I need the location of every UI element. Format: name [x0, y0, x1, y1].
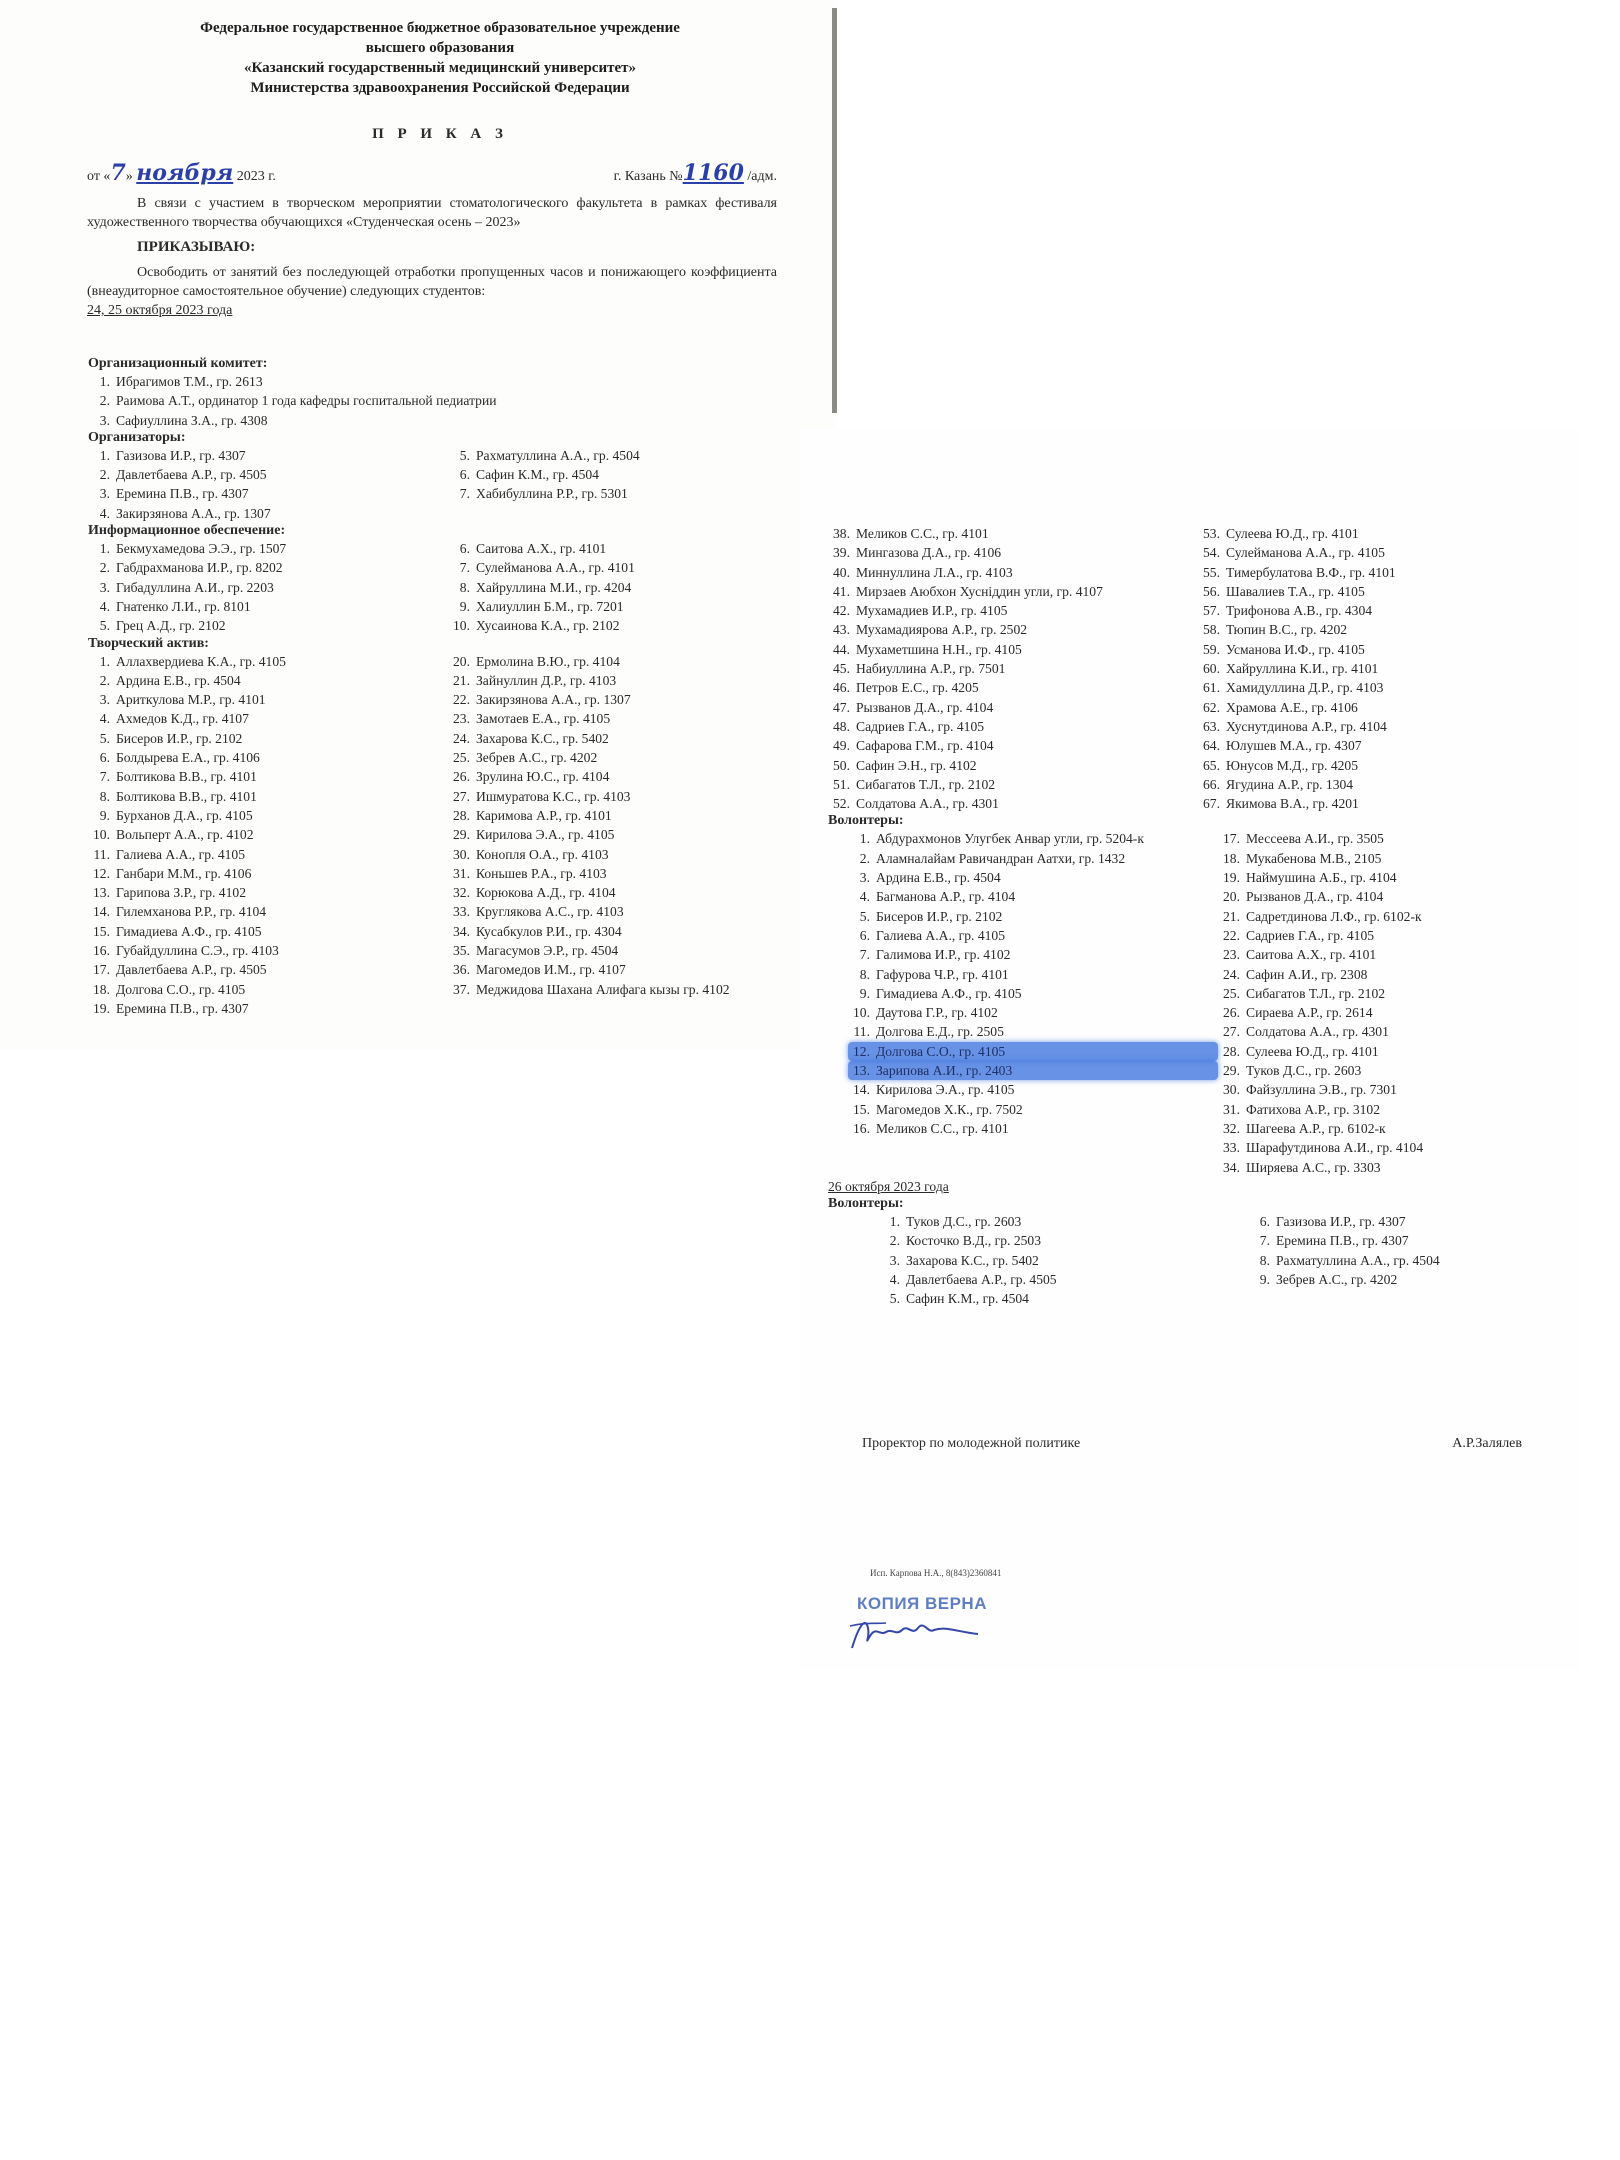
item-number: 7.	[448, 558, 470, 577]
list-column: 53.Сулеева Ю.Д., гр. 410154.Сулейманова …	[1198, 524, 1528, 813]
list-item: 17.Давлетбаева А.Р., гр. 4505	[88, 960, 448, 979]
item-number: 27.	[1218, 1022, 1240, 1041]
order-number: г. Казань №1160 /адм.	[614, 160, 777, 186]
list-item: 44.Мухаметшина Н.Н., гр. 4105	[828, 640, 1198, 659]
list-item: 6.Болдырева Е.А., гр. 4106	[88, 748, 448, 767]
list-item: 21.Садретдинова Л.Ф., гр. 6102-к	[1218, 907, 1548, 926]
volunteers-columns: 1.Абдурахмонов Улугбек Анвар угли, гр. 5…	[828, 829, 1548, 1176]
item-text: Гнатенко Л.И., гр. 8101	[116, 599, 251, 614]
order-title: П Р И К А З	[90, 126, 790, 143]
item-text: Захарова К.С., гр. 5402	[476, 731, 609, 746]
item-number: 2.	[88, 671, 110, 690]
item-number: 58.	[1198, 620, 1220, 639]
item-text: Рызванов Д.А., гр. 4104	[1246, 889, 1383, 904]
item-number: 9.	[1248, 1270, 1270, 1289]
list-item: 10.Даутова Г.Р., гр. 4102	[848, 1003, 1218, 1022]
section-title-org-committee: Организационный комитет:	[88, 356, 788, 372]
list-item: 31.Фатихова А.Р., гр. 3102	[1218, 1100, 1548, 1119]
list-item: 40.Миннуллина Л.А., гр. 4103	[828, 563, 1198, 582]
item-text: Рызванов Д.А., гр. 4104	[856, 700, 993, 715]
item-text: Давлетбаева А.Р., гр. 4505	[116, 467, 267, 482]
list-item: 30.Конопля О.А., гр. 4103	[448, 845, 758, 864]
item-text: Сулеева Ю.Д., гр. 4101	[1226, 526, 1359, 541]
list-item: 46.Петров Е.С., гр. 4205	[828, 678, 1198, 697]
item-number: 9.	[448, 597, 470, 616]
list-item: 28.Сулеева Ю.Д., гр. 4101	[1218, 1042, 1548, 1061]
item-text: Меджидова Шахана Алифага кызы гр. 4102	[476, 982, 730, 997]
item-number: 15.	[88, 922, 110, 941]
list-item: 43.Мухамадиярова А.Р., гр. 2502	[828, 620, 1198, 639]
item-text: Давлетбаева А.Р., гр. 4505	[116, 962, 267, 977]
item-text: Газизова И.Р., гр. 4307	[116, 448, 246, 463]
list-item: 3.Сафиуллина З.А., гр. 4308	[88, 411, 778, 430]
item-text: Ермолина В.Ю., гр. 4104	[476, 654, 620, 669]
item-number: 1.	[88, 539, 110, 558]
item-number: 56.	[1198, 582, 1220, 601]
list-item: 66.Ягудина А.Р., гр. 1304	[1198, 775, 1528, 794]
item-number: 4.	[88, 709, 110, 728]
executor-note: Исп. Карпова Н.А., 8(843)2360841	[870, 1568, 1001, 1578]
list-item: 10.Хусаинова К.А., гр. 2102	[448, 616, 778, 635]
item-text: Саитова А.Х., гр. 4101	[1246, 947, 1376, 962]
item-text: Еремина П.В., гр. 4307	[116, 1001, 249, 1016]
list-item: 4.Давлетбаева А.Р., гр. 4505	[878, 1270, 1248, 1289]
list-item: 1.Абдурахмонов Улугбек Анвар угли, гр. 5…	[848, 829, 1218, 848]
item-text: Закирзянова А.А., гр. 1307	[476, 692, 631, 707]
info-columns: 1.Бекмухамедова Э.Э., гр. 15072.Габдрахм…	[88, 539, 788, 635]
item-number: 63.	[1198, 717, 1220, 736]
item-number: 4.	[848, 887, 870, 906]
item-text: Сулейманова А.А., гр. 4101	[476, 560, 635, 575]
list-item: 29.Кирилова Э.А., гр. 4105	[448, 825, 758, 844]
list-item: 25.Сибагатов Т.Л., гр. 2102	[1218, 984, 1548, 1003]
item-number: 50.	[828, 756, 850, 775]
list-item: 11.Галиева А.А., гр. 4105	[88, 845, 448, 864]
list-item: 52.Солдатова А.А., гр. 4301	[828, 794, 1198, 813]
item-text: Сибагатов Т.Л., гр. 2102	[1246, 986, 1385, 1001]
list-item: 1.Туков Д.С., гр. 2603	[878, 1212, 1248, 1231]
item-text: Еремина П.В., гр. 4307	[116, 486, 249, 501]
date-prefix: от «	[87, 169, 110, 184]
list-column: 1.Аллахвердиева К.А., гр. 41052.Ардина Е…	[88, 652, 448, 1019]
item-text: Давлетбаева А.Р., гр. 4505	[906, 1272, 1057, 1287]
list-item: 15.Магомедов Х.К., гр. 7502	[848, 1100, 1218, 1119]
item-text: Ардина Е.В., гр. 4504	[116, 673, 241, 688]
item-number: 27.	[448, 787, 470, 806]
item-text: Кусабкулов Р.И., гр. 4304	[476, 924, 622, 939]
item-number: 5.	[88, 729, 110, 748]
item-text: Мухамадиев И.Р., гр. 4105	[856, 603, 1007, 618]
item-text: Абдурахмонов Улугбек Анвар угли, гр. 520…	[876, 831, 1144, 846]
item-number: 2.	[848, 849, 870, 868]
item-text: Петров Е.С., гр. 4205	[856, 680, 979, 695]
item-text: Круглякова А.С., гр. 4103	[476, 904, 624, 919]
item-text: Ариткулова М.Р., гр. 4101	[116, 692, 266, 707]
item-number: 37.	[448, 980, 470, 999]
item-text: Магасумов Э.Р., гр. 4504	[476, 943, 618, 958]
item-number: 3.	[88, 578, 110, 597]
item-text: Солдатова А.А., гр. 4301	[856, 796, 999, 811]
item-text: Зайнуллин Д.Р., гр. 4103	[476, 673, 616, 688]
page-edge	[832, 8, 837, 413]
item-number: 53.	[1198, 524, 1220, 543]
item-text: Усманова И.Ф., гр. 4105	[1226, 642, 1365, 657]
list-item: 18.Долгова С.О., гр. 4105	[88, 980, 448, 999]
item-text: Юлушев М.А., гр. 4307	[1226, 738, 1362, 753]
list-item: 20.Рызванов Д.А., гр. 4104	[1218, 887, 1548, 906]
list-item: 5.Бисеров И.Р., гр. 2102	[88, 729, 448, 748]
item-text: Набиуллина А.Р., гр. 7501	[856, 661, 1005, 676]
list-item: 35.Магасумов Э.Р., гр. 4504	[448, 941, 758, 960]
item-text: Грец А.Д., гр. 2102	[116, 618, 226, 633]
item-text: Садриев Г.А., гр. 4105	[1246, 928, 1374, 943]
item-text: Вольперт А.А., гр. 4102	[116, 827, 254, 842]
item-number: 43.	[828, 620, 850, 639]
list-column: 1.Бекмухамедова Э.Э., гр. 15072.Габдрахм…	[88, 539, 448, 635]
list-item: 14.Кирилова Э.А., гр. 4105	[848, 1080, 1218, 1099]
list-item: 2.Ардина Е.В., гр. 4504	[88, 671, 448, 690]
item-number: 1.	[88, 446, 110, 465]
item-number: 39.	[828, 543, 850, 562]
item-number: 29.	[1218, 1061, 1240, 1080]
number-suffix: /адм.	[744, 169, 777, 184]
list-item: 33.Шарафутдинова А.И., гр. 4104	[1218, 1138, 1548, 1157]
list-item: 34.Ширяева А.С., гр. 3303	[1218, 1158, 1548, 1177]
list-item: 24.Захарова К.С., гр. 5402	[448, 729, 758, 748]
item-number: 8.	[1248, 1251, 1270, 1270]
item-text: Мухаметшина Н.Н., гр. 4105	[856, 642, 1022, 657]
list-item: 63.Хуснутдинова А.Р., гр. 4104	[1198, 717, 1528, 736]
item-text: Сибагатов Т.Л., гр. 2102	[856, 777, 995, 792]
item-number: 32.	[448, 883, 470, 902]
item-text: Хайруллина К.И., гр. 4101	[1226, 661, 1378, 676]
item-number: 24.	[1218, 965, 1240, 984]
list-item: 4.Ахмедов К.Д., гр. 4107	[88, 709, 448, 728]
list-item: 56.Шавалиев Т.А., гр. 4105	[1198, 582, 1528, 601]
item-number: 9.	[848, 984, 870, 1003]
item-number: 20.	[448, 652, 470, 671]
item-text: Зебрев А.С., гр. 4202	[476, 750, 597, 765]
list-item: 57.Трифонова А.В., гр. 4304	[1198, 601, 1528, 620]
list-item: 61.Хамидуллина Д.Р., гр. 4103	[1198, 678, 1528, 697]
item-number: 34.	[448, 922, 470, 941]
item-number: 15.	[848, 1100, 870, 1119]
item-number: 3.	[88, 484, 110, 503]
item-text: Хуснутдинова А.Р., гр. 4104	[1226, 719, 1387, 734]
date-heading-24-25: 24, 25 октября 2023 года	[87, 301, 777, 320]
item-text: Хамидуллина Д.Р., гр. 4103	[1226, 680, 1383, 695]
item-text: Сулеева Ю.Д., гр. 4101	[1246, 1044, 1379, 1059]
item-number: 19.	[1218, 868, 1240, 887]
item-number: 38.	[828, 524, 850, 543]
item-number: 20.	[1218, 887, 1240, 906]
date-year: 2023 г.	[233, 169, 276, 184]
list-item: 50.Сафин Э.Н., гр. 4102	[828, 756, 1198, 775]
item-text: Губайдуллина С.Э., гр. 4103	[116, 943, 279, 958]
item-text: Шавалиев Т.А., гр. 4105	[1226, 584, 1365, 599]
list-item: 7.Сулейманова А.А., гр. 4101	[448, 558, 778, 577]
item-number: 26.	[448, 767, 470, 786]
item-number: 6.	[448, 465, 470, 484]
item-number: 31.	[1218, 1100, 1240, 1119]
list-item: 65.Юнусов М.Д., гр. 4205	[1198, 756, 1528, 775]
item-number: 23.	[448, 709, 470, 728]
item-number: 7.	[448, 484, 470, 503]
list-column: 6.Газизова И.Р., гр. 43077.Еремина П.В.,…	[1248, 1212, 1578, 1308]
item-text: Туков Д.С., гр. 2603	[1246, 1063, 1361, 1078]
item-text: Еремина П.В., гр. 4307	[1276, 1233, 1409, 1248]
order-intro: В связи с участием в творческом мероприя…	[87, 194, 777, 320]
list-item: 10.Вольперт А.А., гр. 4102	[88, 825, 448, 844]
item-number: 42.	[828, 601, 850, 620]
header-line-4: Министерства здравоохранения Российской …	[90, 78, 790, 98]
item-text: Корюкова А.Д., гр. 4104	[476, 885, 616, 900]
list-item: 2.Габдрахманова И.Р., гр. 8202	[88, 558, 448, 577]
item-number: 26.	[1218, 1003, 1240, 1022]
item-number: 33.	[448, 902, 470, 921]
copy-certified-stamp: КОПИЯ ВЕРНА	[857, 1594, 987, 1614]
item-number: 30.	[448, 845, 470, 864]
item-number: 29.	[448, 825, 470, 844]
list-item: 27.Ишмуратова К.С., гр. 4103	[448, 787, 758, 806]
item-number: 67.	[1198, 794, 1220, 813]
item-number: 22.	[1218, 926, 1240, 945]
list-item: 30.Файзуллина Э.В., гр. 7301	[1218, 1080, 1548, 1099]
list-item: 11.Долгова Е.Д., гр. 2505	[848, 1022, 1218, 1041]
item-text: Мессеева А.И., гр. 3505	[1246, 831, 1384, 846]
item-text: Гарипова З.Р., гр. 4102	[116, 885, 246, 900]
item-text: Аллахвердиева К.А., гр. 4105	[116, 654, 286, 669]
item-number: 3.	[878, 1251, 900, 1270]
item-text: Юнусов М.Д., гр. 4205	[1226, 758, 1358, 773]
item-text: Захарова К.С., гр. 5402	[906, 1253, 1039, 1268]
item-text: Долгова С.О., гр. 4105	[116, 982, 245, 997]
section-title-creative: Творческий актив:	[88, 636, 788, 652]
header-line-3: «Казанский государственный медицинский у…	[90, 58, 790, 78]
item-number: 21.	[448, 671, 470, 690]
volunteers-26-columns: 1.Туков Д.С., гр. 26032.Косточко В.Д., г…	[828, 1212, 1548, 1308]
list-item: 23.Замотаев Е.А., гр. 4105	[448, 709, 758, 728]
item-text: Наймушина А.Б., гр. 4104	[1246, 870, 1397, 885]
handwritten-signature-icon	[846, 1614, 986, 1654]
item-number: 2.	[88, 465, 110, 484]
signatory-position: Проректор по молодежной политике	[862, 1436, 1080, 1451]
item-number: 9.	[88, 806, 110, 825]
item-number: 18.	[1218, 849, 1240, 868]
item-text: Меликов С.С., гр. 4101	[856, 526, 989, 541]
date-heading-26: 26 октября 2023 года	[828, 1177, 1548, 1196]
list-item: 7.Еремина П.В., гр. 4307	[1248, 1231, 1578, 1250]
item-text: Галимова И.Р., гр. 4102	[876, 947, 1010, 962]
item-number: 4.	[878, 1270, 900, 1289]
list-item: 26.Зрулина Ю.С., гр. 4104	[448, 767, 758, 786]
item-number: 25.	[448, 748, 470, 767]
list-item: 41.Мирзаев Аюбхон Хуснiддин угли, гр. 41…	[828, 582, 1198, 601]
orders-heading: ПРИКАЗЫВАЮ:	[137, 238, 777, 257]
item-number: 28.	[1218, 1042, 1240, 1061]
item-text: Зрулина Ю.С., гр. 4104	[476, 769, 609, 784]
list-item: 6.Саитова А.Х., гр. 4101	[448, 539, 778, 558]
item-number: 10.	[848, 1003, 870, 1022]
item-text: Замотаев Е.А., гр. 4105	[476, 711, 610, 726]
list-item: 7.Болтикова В.В., гр. 4101	[88, 767, 448, 786]
item-text: Сираева А.Р., гр. 2614	[1246, 1005, 1373, 1020]
item-number: 14.	[848, 1080, 870, 1099]
item-text: Миннуллина Л.А., гр. 4103	[856, 565, 1013, 580]
list-item: 3.Ардина Е.В., гр. 4504	[848, 868, 1218, 887]
signature-block: Проректор по молодежной политике А.Р.Зал…	[862, 1436, 1522, 1452]
item-text: Гилемханова Р.Р., гр. 4104	[116, 904, 266, 919]
item-text: Садретдинова Л.Ф., гр. 6102-к	[1246, 909, 1422, 924]
item-number: 46.	[828, 678, 850, 697]
list-item: 5.Рахматуллина А.А., гр. 4504	[448, 446, 778, 465]
item-number: 65.	[1198, 756, 1220, 775]
list-item: 9.Гимадиева А.Ф., гр. 4105	[848, 984, 1218, 1003]
item-text: Кирилова Э.А., гр. 4105	[876, 1082, 1014, 1097]
list-column: 38.Меликов С.С., гр. 410139.Мингазова Д.…	[828, 524, 1198, 813]
item-number: 31.	[448, 864, 470, 883]
item-text: Ахмедов К.Д., гр. 4107	[116, 711, 249, 726]
list-item: 8.Рахматуллина А.А., гр. 4504	[1248, 1251, 1578, 1270]
item-text: Закирзянова А.А., гр. 1307	[116, 506, 271, 521]
list-item: 32.Корюкова А.Д., гр. 4104	[448, 883, 758, 902]
list-item: 13.Гарипова З.Р., гр. 4102	[88, 883, 448, 902]
item-number: 28.	[448, 806, 470, 825]
item-number: 1.	[88, 652, 110, 671]
item-number: 36.	[448, 960, 470, 979]
item-number: 7.	[848, 945, 870, 964]
item-number: 19.	[88, 999, 110, 1018]
item-number: 21.	[1218, 907, 1240, 926]
item-text: Конопля О.А., гр. 4103	[476, 847, 609, 862]
list-item: 12.Ганбари М.М., гр. 4106	[88, 864, 448, 883]
list-item: 51.Сибагатов Т.Л., гр. 2102	[828, 775, 1198, 794]
list-item: 48.Садриев Г.А., гр. 4105	[828, 717, 1198, 736]
item-text: Солдатова А.А., гр. 4301	[1246, 1024, 1389, 1039]
item-number: 64.	[1198, 736, 1220, 755]
list-item: 33.Круглякова А.С., гр. 4103	[448, 902, 758, 921]
list-item: 38.Меликов С.С., гр. 4101	[828, 524, 1198, 543]
list-item: 6.Галиева А.А., гр. 4105	[848, 926, 1218, 945]
list-item: 14.Гилемханова Р.Р., гр. 4104	[88, 902, 448, 921]
item-text: Сафин Э.Н., гр. 4102	[856, 758, 977, 773]
list-item: 24.Сафин А.И., гр. 2308	[1218, 965, 1548, 984]
list-item: 28.Каримова А.Р., гр. 4101	[448, 806, 758, 825]
item-number: 3.	[848, 868, 870, 887]
item-number: 10.	[448, 616, 470, 635]
list-item: 13.Зарипова А.И., гр. 2403	[848, 1061, 1218, 1080]
list-item: 22.Садриев Г.А., гр. 4105	[1218, 926, 1548, 945]
item-number: 5.	[88, 616, 110, 635]
list-item: 8.Хайруллина М.И., гр. 4204	[448, 578, 778, 597]
handwritten-month: ноября	[136, 160, 233, 186]
item-number: 11.	[88, 845, 110, 864]
list-item: 22.Закирзянова А.А., гр. 1307	[448, 690, 758, 709]
item-text: Саитова А.Х., гр. 4101	[476, 541, 606, 556]
list-item: 16.Меликов С.С., гр. 4101	[848, 1119, 1218, 1138]
list-item: 19.Еремина П.В., гр. 4307	[88, 999, 448, 1018]
item-number: 1.	[878, 1212, 900, 1231]
list-item: 29.Туков Д.С., гр. 2603	[1218, 1061, 1548, 1080]
item-number: 5.	[878, 1289, 900, 1308]
item-text: Галиева А.А., гр. 4105	[116, 847, 245, 862]
list-column: 1.Туков Д.С., гр. 26032.Косточко В.Д., г…	[828, 1212, 1248, 1308]
item-number: 49.	[828, 736, 850, 755]
list-item: 59.Усманова И.Ф., гр. 4105	[1198, 640, 1528, 659]
list-item: 2.Косточко В.Д., гр. 2503	[878, 1231, 1248, 1250]
list-item: 3.Еремина П.В., гр. 4307	[88, 484, 448, 503]
item-text: Мукабенова М.В., 2105	[1246, 851, 1381, 866]
section-title-info: Информационное обеспечение:	[88, 523, 788, 539]
list-item: 3.Гибадуллина А.И., гр. 2203	[88, 578, 448, 597]
item-text: Рахматуллина А.А., гр. 4504	[476, 448, 640, 463]
handwritten-day: 7	[110, 160, 125, 186]
item-number: 33.	[1218, 1138, 1240, 1157]
list-item: 1.Газизова И.Р., гр. 4307	[88, 446, 448, 465]
item-text: Халиуллин Б.М., гр. 7201	[476, 599, 624, 614]
list-item: 3.Ариткулова М.Р., гр. 4101	[88, 690, 448, 709]
item-number: 6.	[448, 539, 470, 558]
list-item: 25.Зебрев А.С., гр. 4202	[448, 748, 758, 767]
item-text: Бисеров И.Р., гр. 2102	[116, 731, 242, 746]
item-number: 30.	[1218, 1080, 1240, 1099]
item-text: Сафарова Г.М., гр. 4104	[856, 738, 994, 753]
list-item: 12.Долгова С.О., гр. 4105	[848, 1042, 1218, 1061]
item-number: 66.	[1198, 775, 1220, 794]
list-item: 5.Сафин К.М., гр. 4504	[878, 1289, 1248, 1308]
item-number: 2.	[88, 558, 110, 577]
list-column: 1.Газизова И.Р., гр. 43072.Давлетбаева А…	[88, 446, 448, 523]
list-item: 3.Захарова К.С., гр. 5402	[878, 1251, 1248, 1270]
list-item: 4.Закирзянова А.А., гр. 1307	[88, 504, 448, 523]
item-text: Бисеров И.Р., гр. 2102	[876, 909, 1002, 924]
list-item: 21.Зайнуллин Д.Р., гр. 4103	[448, 671, 758, 690]
item-text: Каримова А.Р., гр. 4101	[476, 808, 612, 823]
item-number: 12.	[88, 864, 110, 883]
item-text: Ягудина А.Р., гр. 1304	[1226, 777, 1353, 792]
section-title-organizers: Организаторы:	[88, 430, 788, 446]
header-line-1: Федеральное государственное бюджетное об…	[90, 18, 790, 38]
item-text: Ардина Е.В., гр. 4504	[876, 870, 1001, 885]
item-number: 4.	[88, 504, 110, 523]
item-number: 52.	[828, 794, 850, 813]
item-number: 4.	[88, 597, 110, 616]
creative-columns-2: 38.Меликов С.С., гр. 410139.Мингазова Д.…	[828, 524, 1548, 813]
item-text: Туков Д.С., гр. 2603	[906, 1214, 1021, 1229]
item-number: 48.	[828, 717, 850, 736]
item-text: Гимадиева А.Ф., гр. 4105	[116, 924, 262, 939]
order-date: от «7» ноября 2023 г.	[87, 160, 276, 186]
item-number: 12.	[848, 1042, 870, 1061]
item-number: 18.	[88, 980, 110, 999]
header-line-2: высшего образования	[90, 38, 790, 58]
item-number: 17.	[1218, 829, 1240, 848]
list-item: 5.Бисеров И.Р., гр. 2102	[848, 907, 1218, 926]
item-text: Меликов С.С., гр. 4101	[876, 1121, 1009, 1136]
list-column: 20.Ермолина В.Ю., гр. 410421.Зайнуллин Д…	[448, 652, 758, 1019]
list-item: 4.Багманова А.Р., гр. 4104	[848, 887, 1218, 906]
item-text: Якимова В.А., гр. 4201	[1226, 796, 1359, 811]
list-column: 17.Мессеева А.И., гр. 350518.Мукабенова …	[1218, 829, 1548, 1176]
list-item: 45.Набиуллина А.Р., гр. 7501	[828, 659, 1198, 678]
list-item: 8.Болтикова В.В., гр. 4101	[88, 787, 448, 806]
item-text: Долгова С.О., гр. 4105	[876, 1044, 1005, 1059]
item-number: 7.	[1248, 1231, 1270, 1250]
signatory-name: А.Р.Залялев	[1452, 1436, 1522, 1452]
item-text: Болтикова В.В., гр. 4101	[116, 769, 257, 784]
item-text: Мирзаев Аюбхон Хуснiддин угли, гр. 4107	[856, 584, 1103, 599]
list-item: 15.Гимадиева А.Ф., гр. 4105	[88, 922, 448, 941]
